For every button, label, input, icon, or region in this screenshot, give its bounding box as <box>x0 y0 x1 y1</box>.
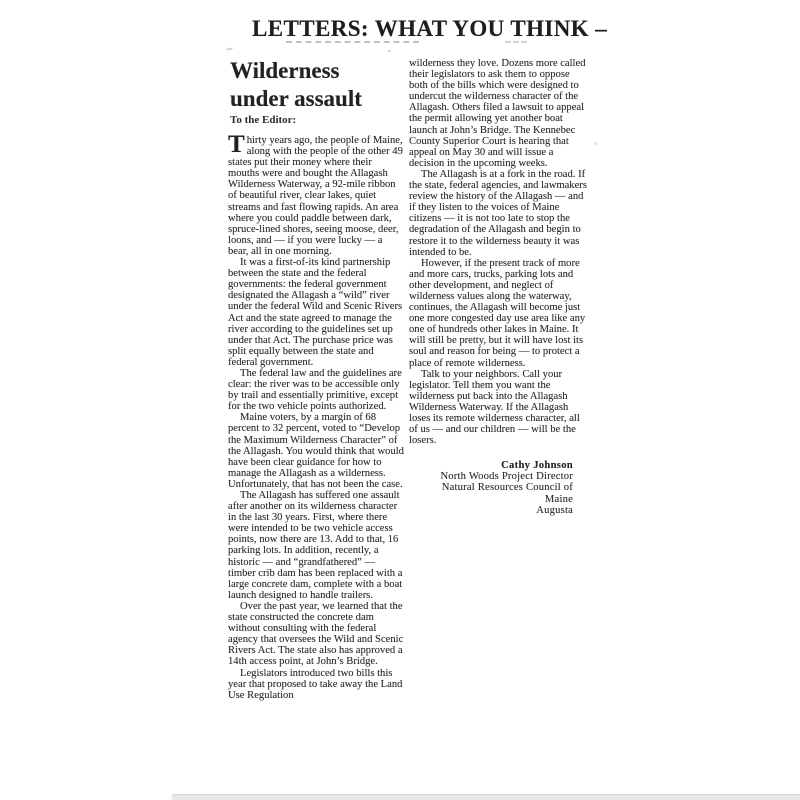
right-column: wilderness they love. Dozens more called… <box>409 58 587 618</box>
paragraph: wilderness they love. Dozens more called… <box>409 58 587 169</box>
signature-organization: Natural Resources Council of <box>409 482 573 493</box>
signature-city: Augusta <box>409 505 573 516</box>
headline-line-1: Wilderness <box>230 57 410 85</box>
paragraph-clipped: Legislators introduced two bills this ye… <box>228 668 405 701</box>
drop-cap: T <box>228 135 247 155</box>
scan-speckle <box>388 50 391 52</box>
scan-speckle <box>594 142 597 145</box>
paragraph: Thirty years ago, the people of Maine, a… <box>228 135 405 257</box>
left-column: Thirty years ago, the people of Maine, a… <box>228 135 405 797</box>
newspaper-scan-page: LETTERS: WHAT YOU THINK – Wilderness und… <box>0 0 800 800</box>
signature-block: Cathy Johnson North Woods Project Direct… <box>409 460 587 515</box>
paragraph: Talk to your neighbors. Call your legisl… <box>409 369 587 447</box>
paragraph: The federal law and the guidelines are c… <box>228 368 405 412</box>
scan-speckle <box>226 47 233 50</box>
paragraph-text: hirty years ago, the people of Maine, al… <box>228 135 403 257</box>
paragraph: The Allagash has suffered one assault af… <box>228 490 405 601</box>
masthead-underline-fragment <box>505 41 527 43</box>
paragraph: Over the past year, we learned that the … <box>228 601 405 668</box>
signature-organization-2: Maine <box>409 494 573 505</box>
paragraph: Maine voters, by a margin of 68 percent … <box>228 412 405 490</box>
section-masthead: LETTERS: WHAT YOU THINK – <box>252 16 597 42</box>
paragraph: The Allagash is at a fork in the road. I… <box>409 169 587 258</box>
headline-line-2: under assault <box>230 85 410 113</box>
signature-name: Cathy Johnson <box>409 460 573 471</box>
paragraph: However, if the present track of more an… <box>409 258 587 369</box>
scan-edge-strip <box>172 794 800 800</box>
article-headline: Wilderness under assault <box>230 57 410 113</box>
paragraph: It was a first-of-its kind partnership b… <box>228 257 405 368</box>
signature-title: North Woods Project Director <box>409 471 573 482</box>
masthead-underline <box>286 41 419 43</box>
salutation: To the Editor: <box>230 114 296 126</box>
